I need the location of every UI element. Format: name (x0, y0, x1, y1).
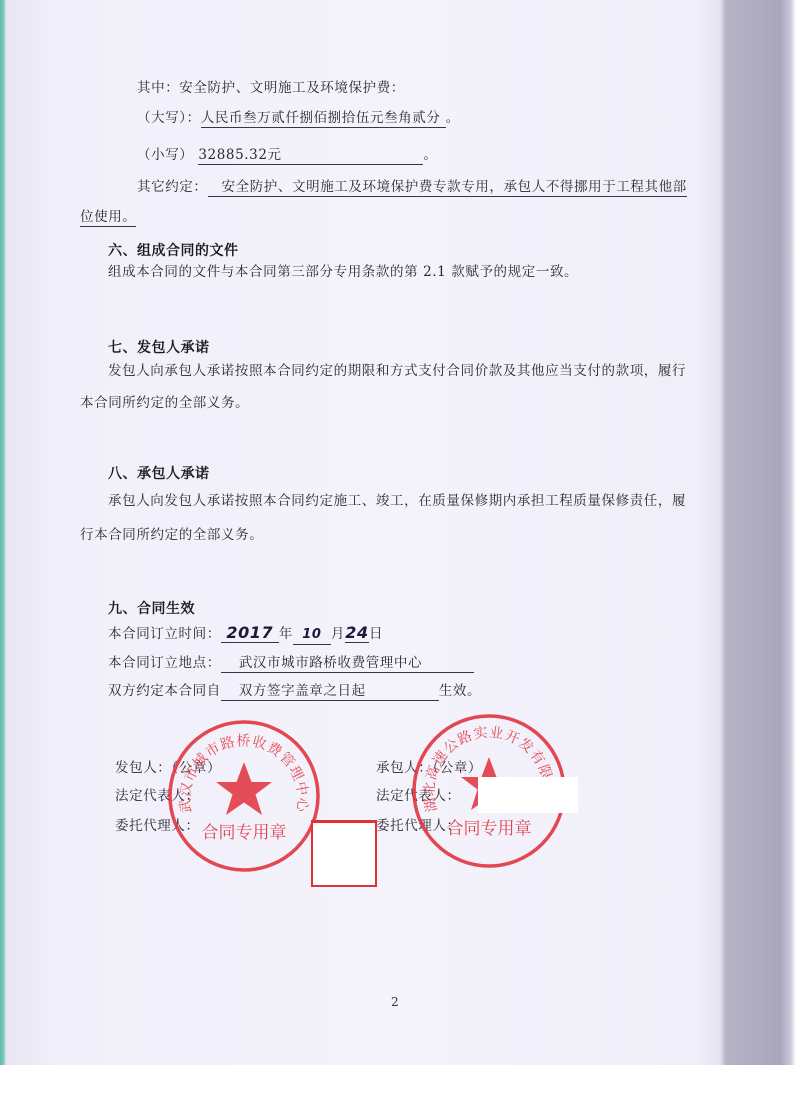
page-number: 2 (391, 995, 399, 1009)
section-7-text-2: 本合同所约定的全部义务。 (80, 394, 249, 412)
end-mark: 。 (423, 147, 437, 163)
section-8-text-1: 承包人向发包人承诺按照本合同约定施工、竣工，在质量保修期内承担工程质量保修责任，… (108, 492, 686, 510)
lowercase-amount-value: 32885.32元 (198, 146, 423, 165)
effective-value: 双方签字盖章之日起 (221, 682, 439, 701)
end-mark: 。 (446, 110, 460, 126)
signing-day: 24 (345, 624, 369, 643)
section-heading-9: 九、合同生效 (108, 598, 195, 618)
uppercase-amount-row: （大写）：人民币叁万贰仟捌佰捌拾伍元叁角贰分。 (137, 109, 460, 128)
star-icon (216, 762, 272, 815)
other-agreement-value: 安全防护、文明施工及环境保护费专款专用，承包人不得挪用于工程其他部 (208, 178, 687, 197)
section-heading-7: 七、发包人承诺 (108, 337, 210, 357)
effective-label: 双方约定本合同自 (108, 683, 221, 699)
section-heading-6: 六、组成合同的文件 (108, 240, 239, 260)
signing-place-row: 本合同订立地点：武汉市城市路桥收费管理中心 (108, 654, 474, 673)
redacted-signature (311, 820, 377, 887)
lowercase-amount-row: （小写） 32885.32元。 (137, 146, 437, 165)
other-agreement-continued: 位使用。 (80, 208, 136, 227)
lowercase-label: （小写） (137, 147, 193, 163)
uppercase-amount-value: 人民币叁万贰仟捌佰捌拾伍元叁角贰分 (201, 109, 446, 128)
contractor-seal-bottom-text: 合同专用章 (447, 818, 532, 839)
signing-date-row: 本合同订立时间：2017年10月24日 (108, 624, 383, 645)
signing-place-label: 本合同订立地点： (108, 655, 221, 671)
signing-year: 2017 (221, 624, 279, 643)
other-agreement-value-cont: 位使用。 (80, 208, 136, 227)
safety-fee-intro: 其中：安全防护、文明施工及环境保护费： (137, 79, 405, 97)
scan-margin (0, 1065, 800, 1099)
effective-row: 双方约定本合同自双方签字盖章之日起生效。 (108, 682, 481, 701)
signing-date-label: 本合同订立时间： (108, 626, 221, 642)
section-6-text: 组成本合同的文件与本合同第三部分专用条款的第 2.1 款赋予的规定一致。 (108, 263, 578, 281)
employer-seal-bottom-text: 合同专用章 (202, 822, 287, 843)
year-unit: 年 (279, 626, 293, 642)
month-unit: 月 (331, 626, 345, 642)
section-8-text-2: 行本合同所约定的全部义务。 (80, 526, 263, 544)
employer-seal: 武汉市城市路桥收费管理中心 合同专用章 (166, 718, 322, 874)
signing-month: 10 (293, 626, 331, 645)
other-agreement-label: 其它约定： (137, 179, 208, 195)
section-heading-8: 八、承包人承诺 (108, 463, 210, 483)
day-unit: 日 (369, 626, 383, 642)
effective-suffix: 生效。 (439, 683, 481, 699)
uppercase-label: （大写）： (137, 110, 201, 126)
section-7-text-1: 发包人向承包人承诺按照本合同约定的期限和方式支付合同价款及其他应当支付的款项，履… (108, 362, 686, 380)
other-agreement-row: 其它约定：安全防护、文明施工及环境保护费专款专用，承包人不得挪用于工程其他部 (137, 178, 687, 197)
redacted-name (478, 777, 578, 813)
signing-place-value: 武汉市城市路桥收费管理中心 (221, 654, 474, 673)
